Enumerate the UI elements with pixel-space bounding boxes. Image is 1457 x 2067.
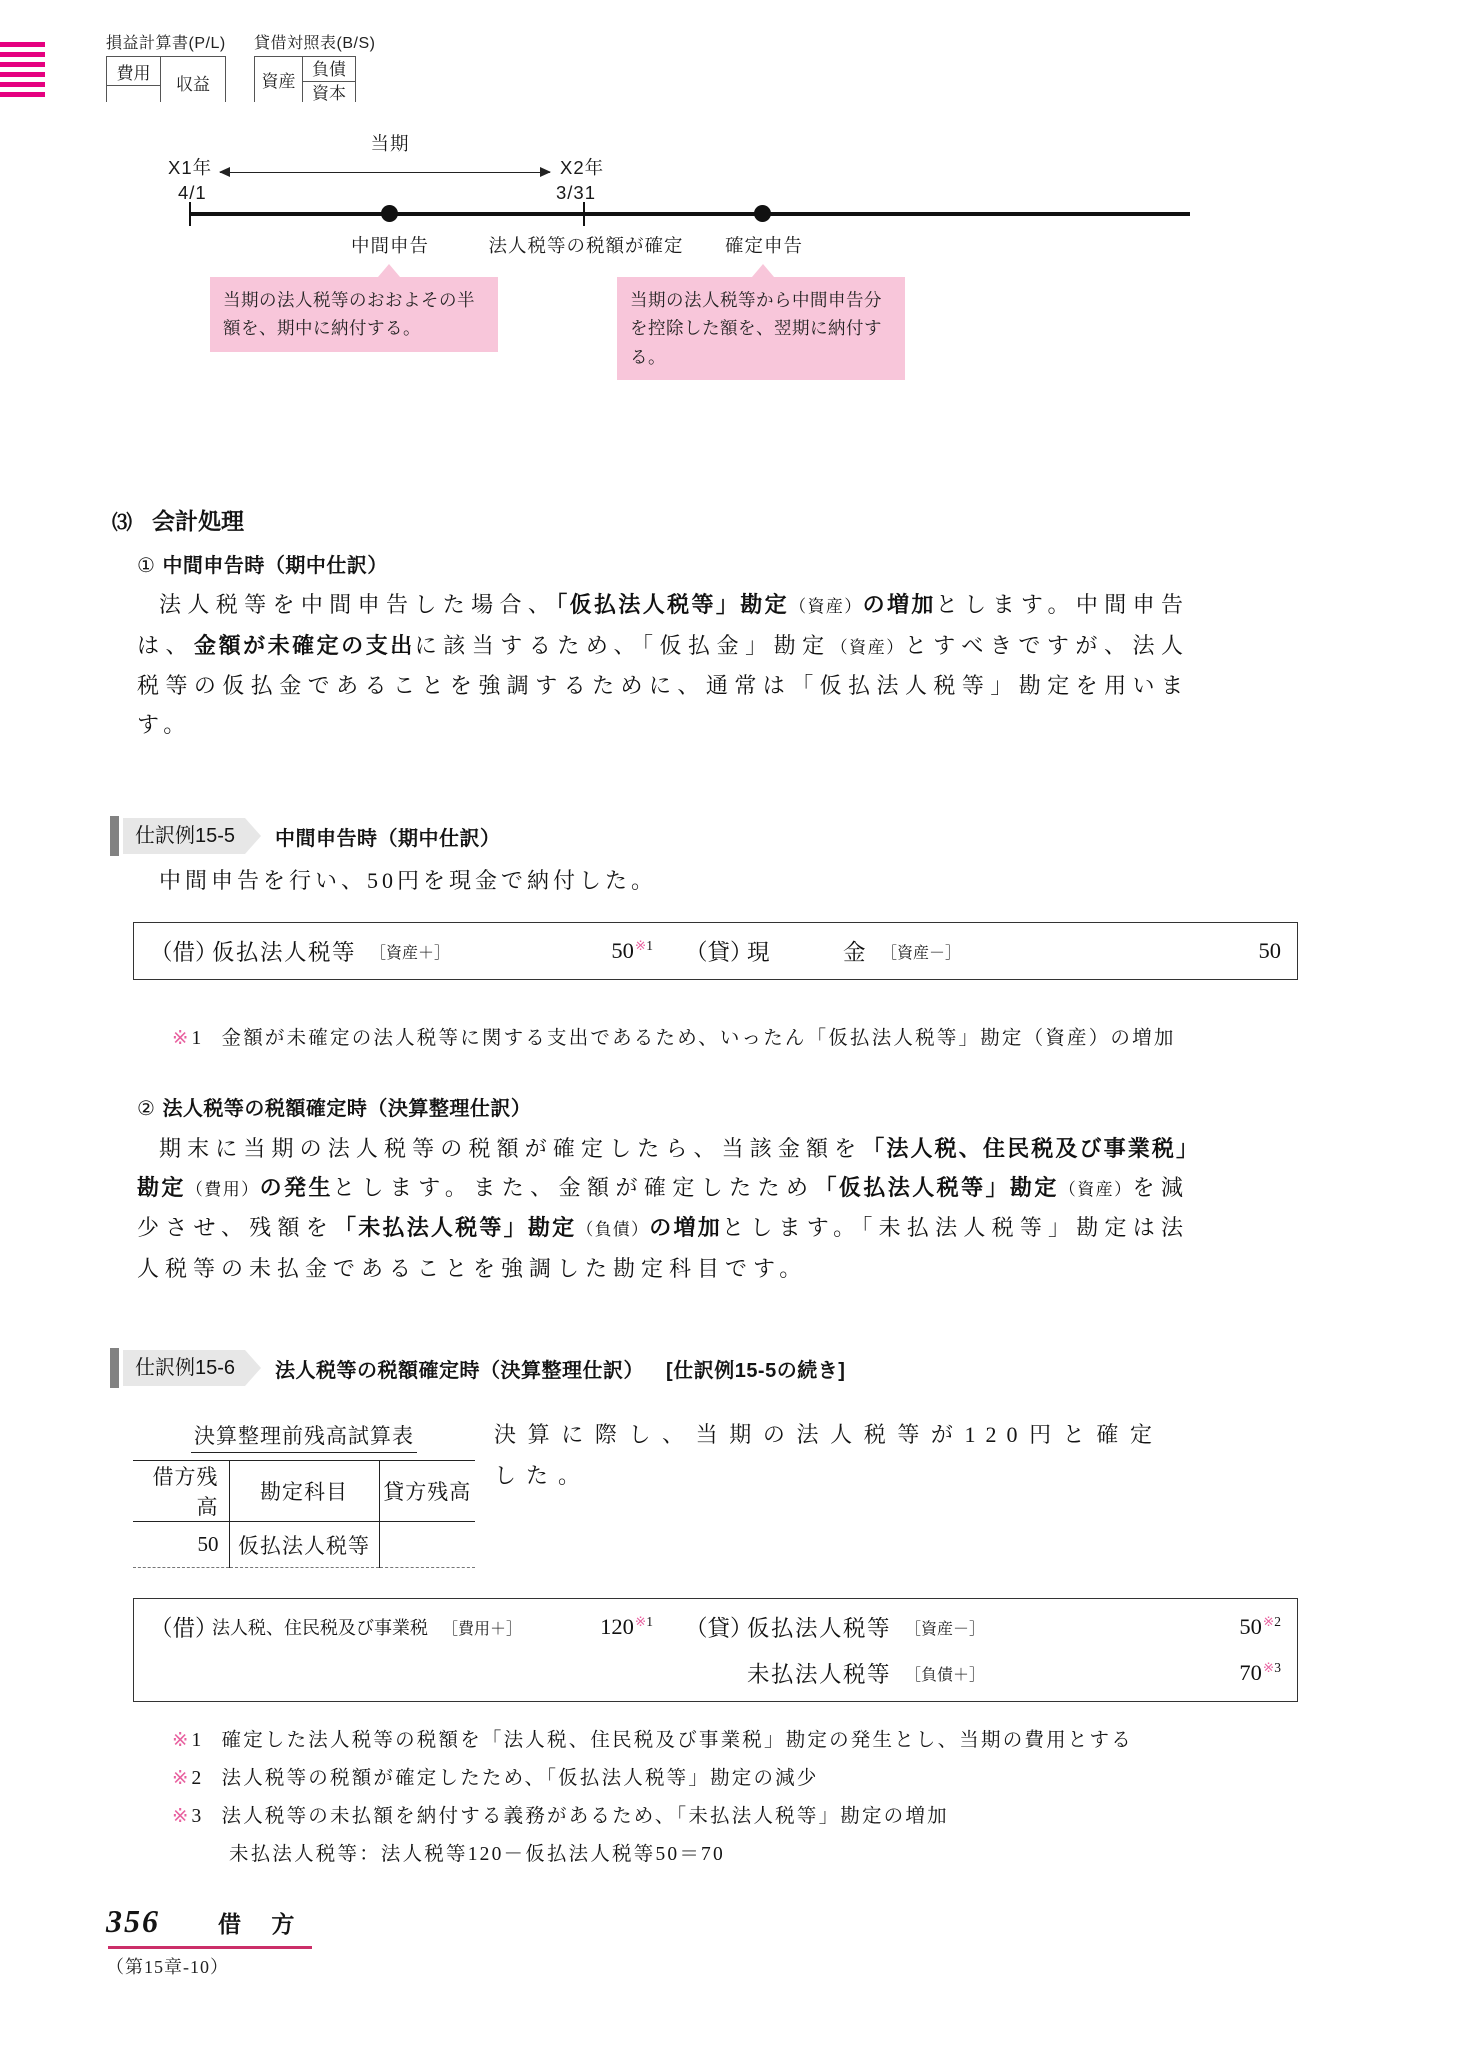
trial-balance: 決算整理前残高試算表 借方残高 勘定科目 貸方残高 50 仮払法人税等 (133, 1420, 475, 1568)
page-footer: 356 借 方 （第15章-10） (106, 1903, 312, 1979)
debit-account: 仮払法人税等 (212, 935, 356, 967)
tick-end (583, 202, 585, 226)
bs-diagram: 貸借対照表(B/S) 資産 負債 資本 (254, 30, 375, 102)
start-year: X1年 (168, 154, 212, 180)
tick-start (189, 202, 191, 226)
table-row: 50 仮払法人税等 (133, 1522, 475, 1568)
example-15-5-lead: 中間申告を行い、50円を現金で納付した。 (159, 864, 657, 895)
end-date: 3/31 (556, 182, 596, 204)
pl-box: 費用 収益 (106, 56, 226, 102)
page-number: 356 (106, 1903, 160, 1940)
example-15-6-situation: 決算に際し、当期の法人税等が120円と確定した。 (494, 1414, 1162, 1496)
account-value: 仮払法人税等 (229, 1522, 379, 1568)
debit-amount: 120※1 (600, 1614, 653, 1640)
paragraph-interim: 法人税等を中間申告した場合、「仮払法人税等」勘定（資産）の増加とします。中間申告… (137, 586, 1189, 744)
bs-equity: 資本 (303, 82, 355, 102)
journal-entry-15-5: （借） 仮払法人税等 ［資産＋］ 50※1 （貸） 現 金 ［資産－］ 50 (133, 922, 1298, 980)
debit-amount: 50※1 (611, 938, 653, 964)
subheading-fixed: ②法人税等の税額確定時（決算整理仕訳） (137, 1092, 531, 1121)
pl-expense: 費用 (107, 57, 160, 86)
badge-bar (110, 1348, 119, 1388)
section-title: 会計処理 (152, 508, 244, 534)
period-arrow (220, 172, 550, 173)
note-ref: ※1 (635, 1614, 653, 1629)
bs-box: 資産 負債 資本 (254, 56, 356, 102)
debit-tag: ［資産＋］ (370, 940, 450, 963)
journal-row: （借） 仮払法人税等 ［資産＋］ 50※1 （貸） 現 金 ［資産－］ 50 (134, 929, 1297, 973)
debit-label: （借） (150, 935, 212, 967)
journal-row: 未払法人税等 ［負債＋］ 70※3 (134, 1651, 1297, 1695)
note-ref: ※3 (1263, 1660, 1281, 1675)
pl-revenue: 収益 (161, 57, 225, 102)
debit-label: （借） (150, 1611, 212, 1643)
credit-amount: 70※3 (1239, 1660, 1281, 1686)
timeline-axis (190, 212, 1190, 216)
stripe (0, 92, 45, 97)
example-subtitle: [仕訳例15-5の続き] (666, 1354, 845, 1383)
interim-filing-dot (381, 205, 398, 222)
final-filing-dot (754, 205, 771, 222)
fiscal-year-timeline: 当期 X1年 4/1 X2年 3/31 中間申告 法人税等の税額が確定 確定申告 (0, 128, 1457, 263)
journal-entry-15-6: （借） 法人税、住民税及び事業税 ［費用＋］ 120※1 （貸） 仮払法人税等 … (133, 1598, 1298, 1702)
col-debit-balance: 借方残高 (133, 1461, 229, 1522)
credit-label: （貸） (685, 1611, 747, 1643)
footer-rule (108, 1946, 312, 1949)
note-ref: ※1 (635, 938, 653, 953)
callout-final: 当期の法人税等から中間申告分を控除した額を、翌期に納付する。 (617, 277, 905, 380)
chapter-tab-stripes (0, 42, 45, 102)
note-line: ※ 1 金額が未確定の法人税等に関する支出であるため、いったん「仮払法人税等」勘… (172, 1020, 1176, 1058)
paragraph-fixed: 期末に当期の法人税等の税額が確定したら、当該金額を「法人税、住民税及び事業税」勘… (137, 1130, 1189, 1288)
pl-title: 損益計算書(P/L) (106, 30, 226, 53)
footer-keyword: 借 方 (218, 1906, 306, 1939)
start-date: 4/1 (178, 182, 207, 204)
end-year: X2年 (560, 154, 604, 180)
callout-interim: 当期の法人税等のおおよその半額を、期中に納付する。 (210, 277, 498, 352)
chapter-reference: （第15章-10） (106, 1953, 312, 1979)
mini-statements: 損益計算書(P/L) 費用 収益 貸借対照表(B/S) 資産 負債 資本 (106, 30, 375, 102)
badge-bar (110, 816, 119, 856)
credit-tag: ［資産－］ (881, 940, 961, 963)
example-title: 中間申告時（期中仕訳） (275, 822, 501, 851)
credit-amount: 50 (1258, 938, 1281, 964)
example-badge: 仕訳例15-6 (123, 1350, 261, 1386)
credit-account: 現 金 (747, 935, 867, 967)
example-15-6-notes: ※ 1 確定した法人税等の税額を「法人税、住民税及び事業税」勘定の発生とし、当期… (172, 1722, 1133, 1874)
subheading-interim: ①中間申告時（期中仕訳） (137, 549, 388, 578)
credit-amount: 50※2 (1239, 1614, 1281, 1640)
credit-account: 未払法人税等 (747, 1657, 891, 1689)
stripe (0, 82, 45, 87)
stripe (0, 62, 45, 67)
example-15-5-notes: ※ 1 金額が未確定の法人税等に関する支出であるため、いったん「仮払法人税等」勘… (172, 1020, 1176, 1058)
col-credit-balance: 貸方残高 (379, 1461, 475, 1522)
bs-asset: 資産 (255, 57, 303, 102)
example-15-5-header: 仕訳例15-5 中間申告時（期中仕訳） (110, 816, 501, 856)
period-label: 当期 (300, 130, 480, 156)
textbook-page: 損益計算書(P/L) 費用 収益 貸借対照表(B/S) 資産 負債 資本 当期 … (0, 0, 1457, 2067)
debit-balance-value: 50 (133, 1522, 229, 1568)
stripe (0, 42, 45, 47)
note-line: ※ 2 法人税等の税額が確定したため、「仮払法人税等」勘定の減少 (172, 1760, 1133, 1798)
bs-title: 貸借対照表(B/S) (254, 30, 375, 53)
stripe (0, 52, 45, 57)
debit-account: 法人税、住民税及び事業税 (212, 1614, 428, 1640)
trial-balance-title: 決算整理前残高試算表 (191, 1420, 417, 1453)
journal-row: （借） 法人税、住民税及び事業税 ［費用＋］ 120※1 （貸） 仮払法人税等 … (134, 1605, 1297, 1649)
stripe (0, 72, 45, 77)
note-ref: ※2 (1263, 1614, 1281, 1629)
example-badge: 仕訳例15-5 (123, 818, 261, 854)
note-line: ※ 1 確定した法人税等の税額を「法人税、住民税及び事業税」勘定の発生とし、当期… (172, 1722, 1133, 1760)
trial-balance-table: 借方残高 勘定科目 貸方残高 50 仮払法人税等 (133, 1460, 475, 1568)
event-interim-filing: 中間申告 (320, 232, 460, 258)
section-number: ⑶ (112, 512, 132, 534)
credit-tag: ［資産－］ (905, 1616, 985, 1639)
example-title: 法人税等の税額確定時（決算整理仕訳） (275, 1354, 644, 1383)
note-mark: ※ (172, 1020, 191, 1058)
example-15-6-header: 仕訳例15-6 法人税等の税額確定時（決算整理仕訳） [仕訳例15-5の続き] (110, 1348, 845, 1388)
credit-tag: ［負債＋］ (905, 1662, 985, 1685)
section-heading: ⑶会計処理 (112, 503, 244, 536)
col-account: 勘定科目 (229, 1461, 379, 1522)
credit-balance-value (379, 1522, 475, 1568)
debit-tag: ［費用＋］ (442, 1616, 522, 1639)
pl-diagram: 損益計算書(P/L) 費用 収益 (106, 30, 226, 102)
note-calculation: 未払法人税等：法人税等120－仮払法人税等50＝70 (229, 1836, 1133, 1874)
credit-label: （貸） (685, 935, 747, 967)
bs-liability: 負債 (303, 57, 355, 82)
note-line: ※ 3 法人税等の未払額を納付する義務があるため、「未払法人税等」勘定の増加 (172, 1798, 1133, 1836)
event-tax-fixed: 法人税等の税額が確定 (480, 232, 692, 258)
event-final-filing: 確定申告 (700, 232, 828, 258)
credit-account: 仮払法人税等 (747, 1611, 891, 1643)
